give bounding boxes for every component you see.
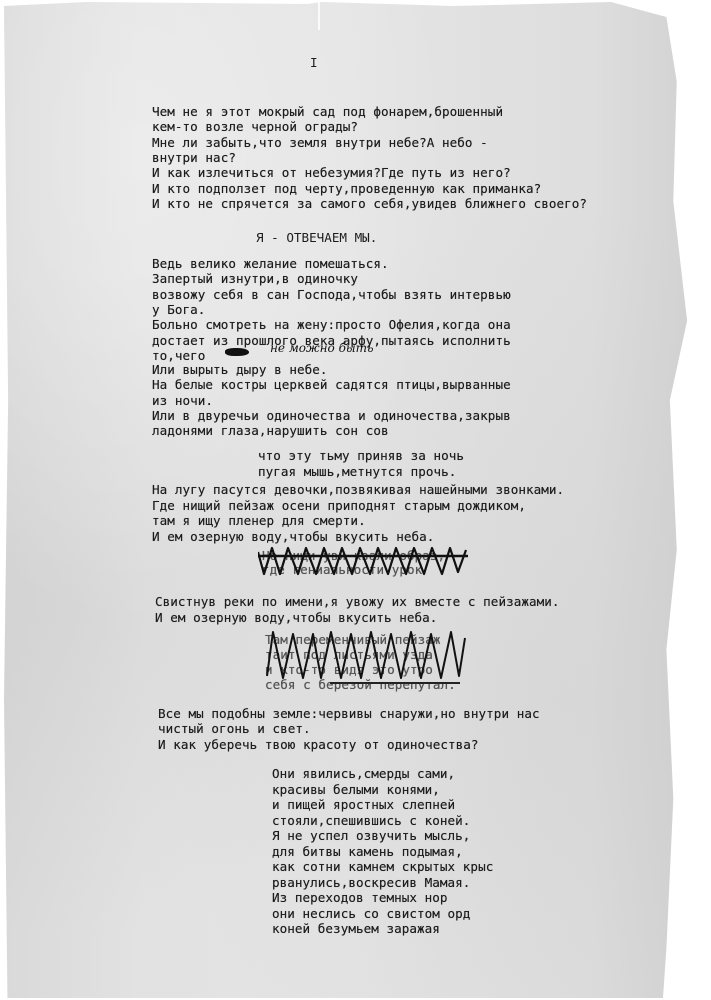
text-line: там я ищу пленер для смерти. bbox=[152, 513, 366, 528]
text-line: Там переменчивый пейзаж bbox=[265, 632, 441, 647]
text-line: И как уберечь твою красоту от одиночеств… bbox=[158, 737, 479, 752]
text-line: И ем озерную воду,чтобы вкусить неба. bbox=[152, 529, 434, 544]
text-line: коней безумьем заражая bbox=[272, 921, 440, 936]
text-line: Свистнув реки по имени,я увожу их вместе… bbox=[155, 594, 560, 609]
handwritten-insertion: не можно быть bbox=[270, 341, 374, 355]
strikethrough-line bbox=[330, 682, 460, 684]
stanza-2-continued-block: Или вырыть дыру в небе.На белые костры ц… bbox=[152, 362, 167, 393]
text-line: внутри нас? bbox=[152, 150, 236, 165]
text-line: И ем озерную воду,чтобы вкусить неба. bbox=[155, 610, 437, 625]
text-line: На лугу пасутся девочки,позвякивая нашей… bbox=[152, 482, 564, 497]
text-line: ладонями глаза,нарушить сон сов bbox=[152, 423, 389, 438]
text-line: рванулись,воскресив Мамая. bbox=[272, 875, 470, 890]
text-line: таит под листьями узда bbox=[265, 647, 433, 662]
stanza-6-block: Они явились,смерды сами,красивы белыми к… bbox=[272, 766, 287, 797]
text-line: И кто не спрячется за самого себя,увидев… bbox=[152, 196, 587, 211]
text-line: Больно смотреть на жену:просто Офелия,ко… bbox=[152, 317, 511, 332]
text-line: стояли,спешившись с коней. bbox=[272, 813, 470, 828]
text-line: И как излечиться от небезумия?Где путь и… bbox=[152, 165, 511, 180]
text-line: Все мы подобны земле:червивы снаружи,но … bbox=[158, 706, 540, 721]
text-line: из ночи. bbox=[152, 393, 213, 408]
stanza-4-block: Свистнув реки по имени,я увожу их вместе… bbox=[155, 594, 170, 625]
text-line: красивы белыми конями, bbox=[272, 782, 440, 797]
ink-blot-correction bbox=[225, 348, 249, 356]
text-line: и пищей яростных слепней bbox=[272, 797, 455, 812]
text-line: чистый огонь и свет. bbox=[158, 721, 311, 736]
text-line: Ведь велико желание помешаться. bbox=[152, 256, 389, 271]
text-line: пугая мышь,метнутся прочь. bbox=[258, 464, 456, 479]
text-line: Я не успел озвучить мысль, bbox=[272, 828, 470, 843]
text-line: себя с березой перепутал. bbox=[265, 677, 456, 692]
text-line: Чем не я этот мокрый сад под фонарем,бро… bbox=[152, 104, 503, 119]
text-line: и кто-то видя это утро bbox=[265, 662, 433, 677]
text-line: Или вырыть дыру в небе. bbox=[152, 362, 328, 377]
text-line: Из переходов темных нор bbox=[272, 890, 448, 905]
text-line: как сотни камнем скрытых крыс bbox=[272, 859, 493, 874]
text-line: Или в двуречьи одиночества и одиночества… bbox=[152, 408, 511, 423]
stanza-5-block: Все мы подобны земле:червивы снаружи,но … bbox=[158, 706, 173, 737]
couplet-1-block: что эту тьму приняв за ночьпугая мышь,ме… bbox=[258, 448, 273, 479]
text-line: что эту тьму приняв за ночь bbox=[258, 448, 464, 463]
text-line: они неслись со свистом орд bbox=[272, 906, 470, 921]
crossed-out-1-block: Но нищи уви квали образ,где гениальности… bbox=[262, 548, 277, 579]
paper-fold-mark bbox=[318, 0, 320, 30]
text-line: то,чего bbox=[152, 348, 205, 363]
stanza-3-block: На лугу пасутся девочки,позвякивая нашей… bbox=[152, 482, 167, 513]
text-line: где гениальности урок bbox=[262, 562, 422, 577]
text-line: Где нищий пейзаж осени приподнят старым … bbox=[152, 498, 526, 513]
text-line: кем-то возле черной ограды? bbox=[152, 119, 358, 134]
text-line: На белые костры церквей садятся птицы,вы… bbox=[152, 377, 511, 392]
text-line: Они явились,смерды сами, bbox=[272, 766, 455, 781]
poem-body: Чем не я этот мокрый сад под фонарем,бро… bbox=[152, 104, 167, 150]
text-line: для битвы камень подымая, bbox=[272, 844, 463, 859]
page-number: I bbox=[310, 55, 318, 70]
stanza-2-block: Ведь велико желание помешаться.Запертый … bbox=[152, 256, 167, 287]
crossed-out-2-block: Там переменчивый пейзажтаит под листьями… bbox=[265, 632, 280, 663]
text-line: у Бога. bbox=[152, 302, 205, 317]
text-line: И кто подползет под черту,проведенную ка… bbox=[152, 181, 541, 196]
poem-title: Я - ОТВЕЧАЕМ МЫ. bbox=[256, 230, 377, 245]
text-line: Запертый изнутри,в одиночку bbox=[152, 271, 358, 286]
text-line: Мне ли забыть,что земля внутри небе?А не… bbox=[152, 135, 488, 150]
text-line: возвожу себя в сан Господа,чтобы взять и… bbox=[152, 287, 511, 302]
